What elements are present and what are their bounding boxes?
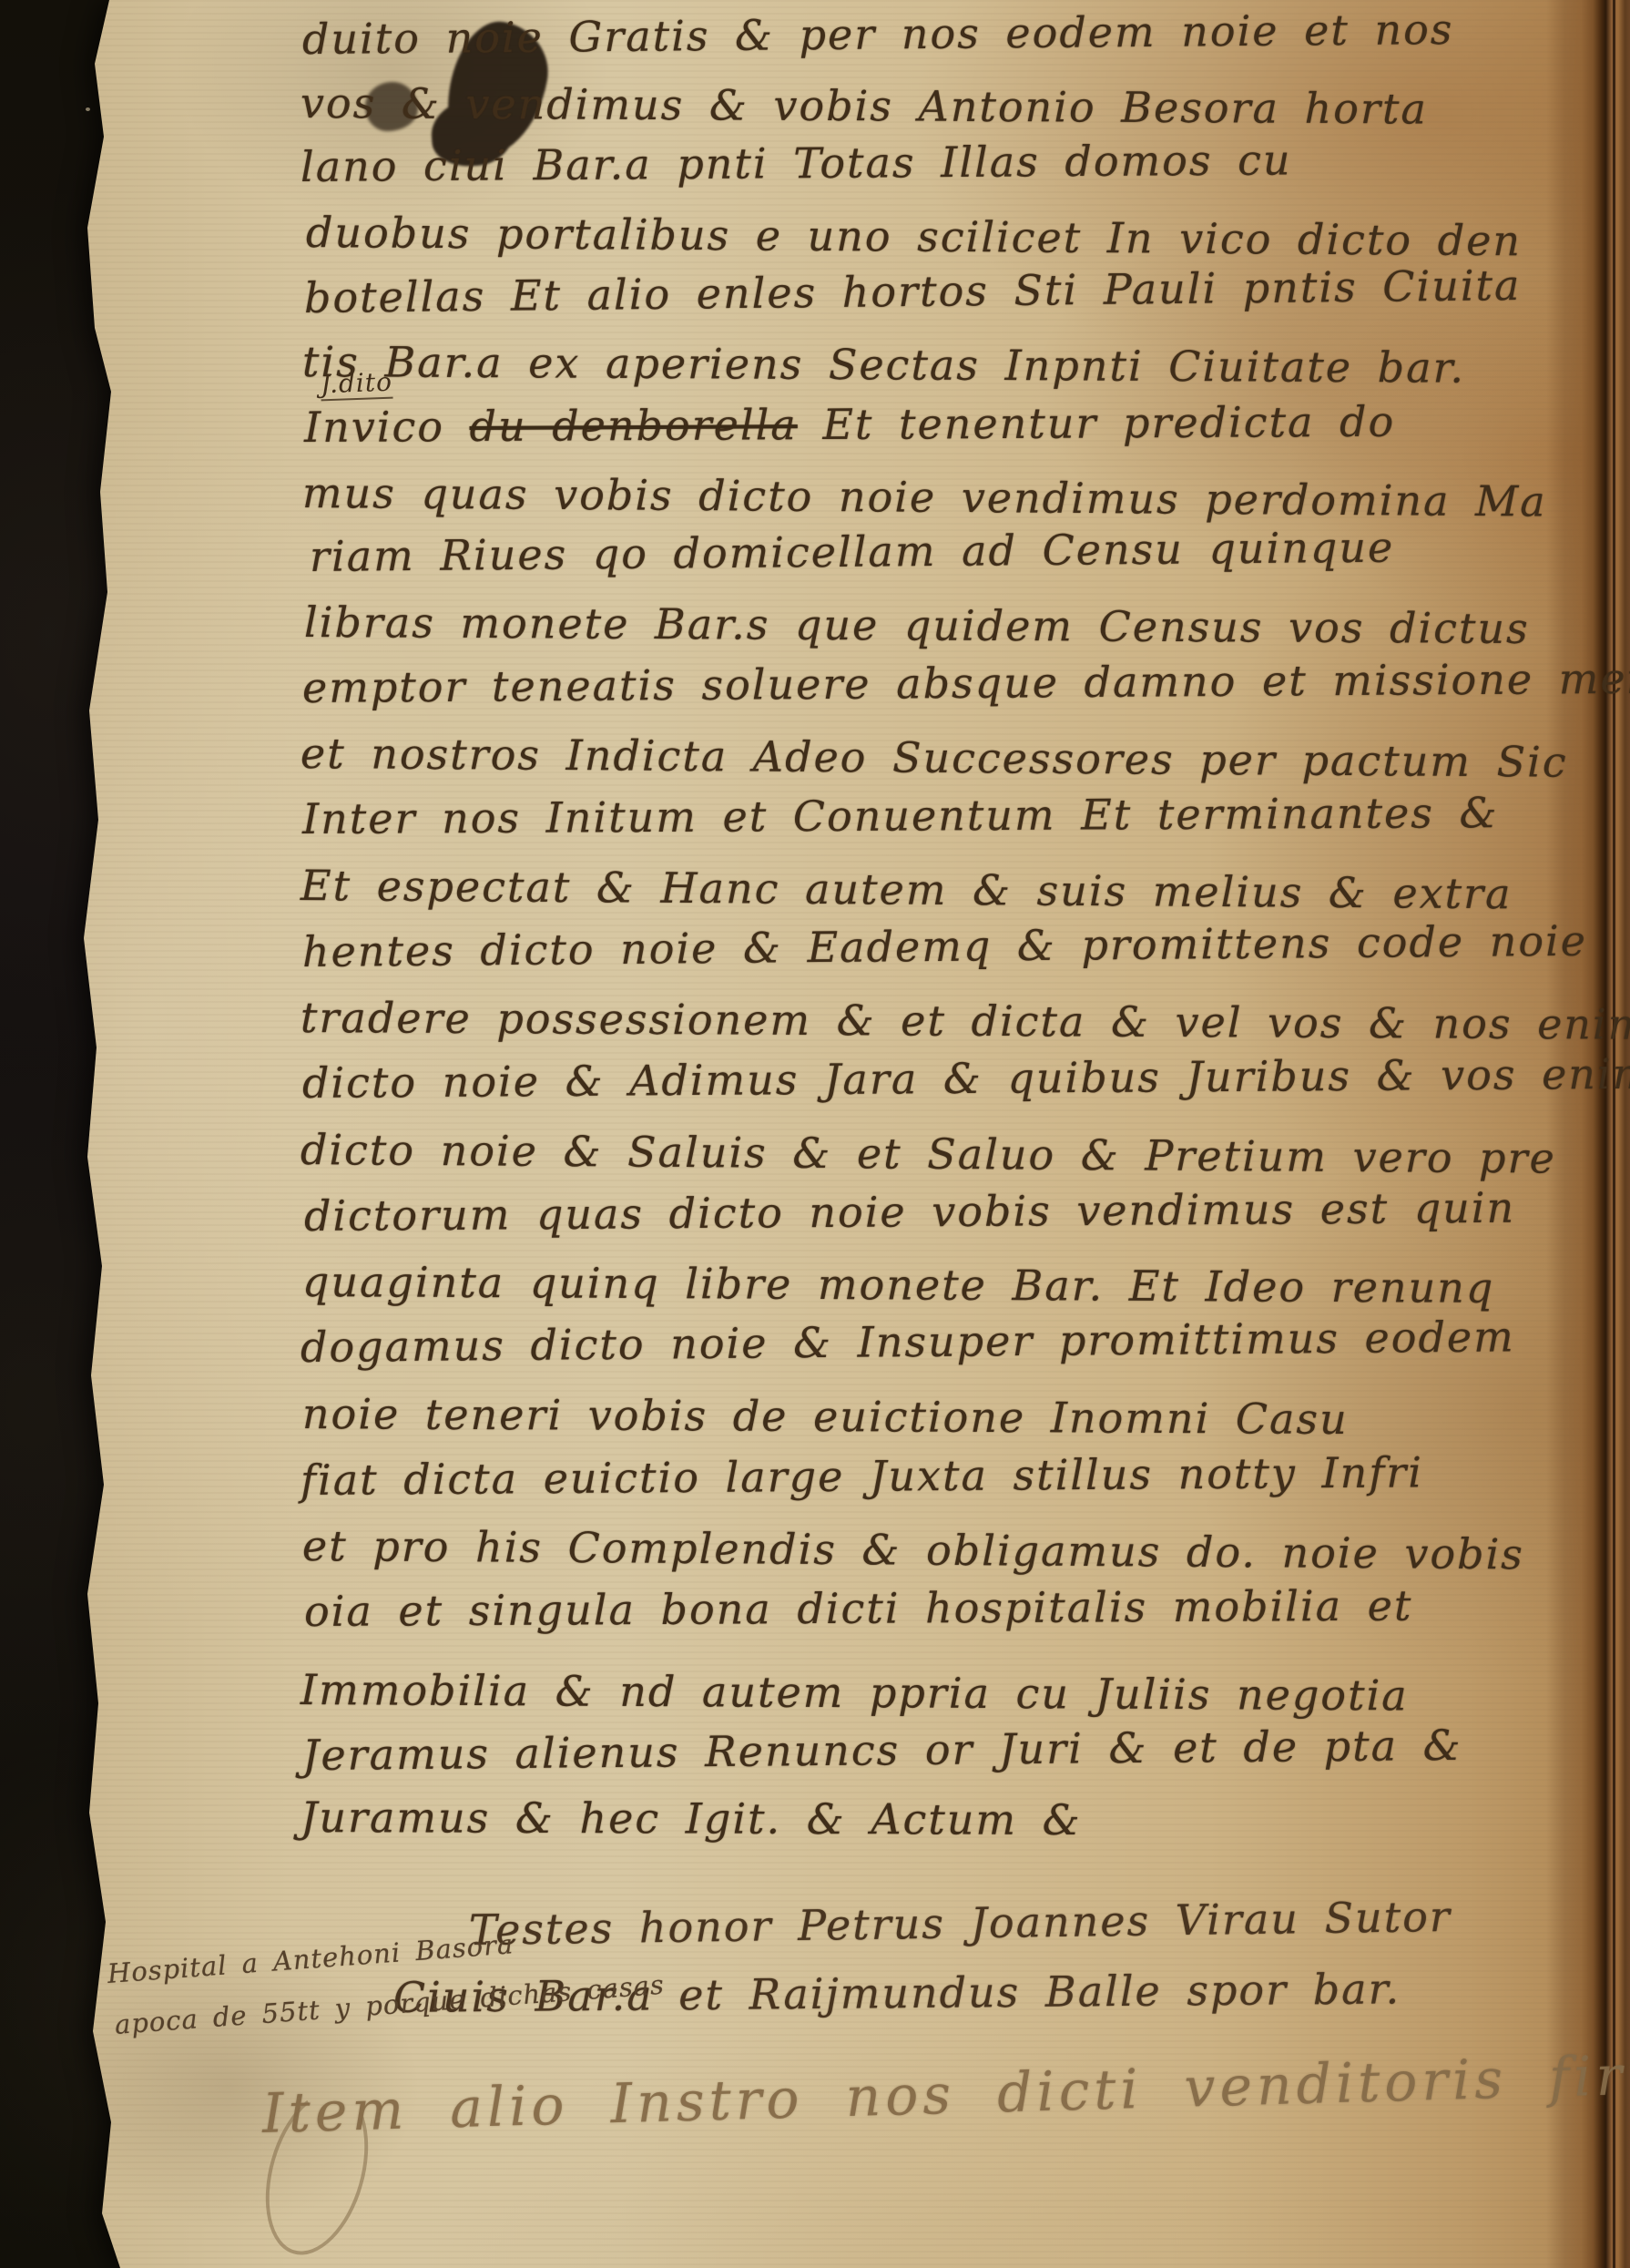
manuscript-line: Et espectat & Hanc autem & suis melius &… [301, 861, 1513, 918]
manuscript-line: Jeramus alienus Renuncs or Juri & et de … [302, 1721, 1462, 1780]
book-gutter [1546, 0, 1630, 2268]
manuscript-line: emptor teneatis soluere absque damno et … [302, 654, 1630, 712]
manuscript-page: duito noie Gratis & per nos eodem noie e… [0, 0, 1630, 2268]
struck-text: du denborella [469, 400, 797, 451]
manuscript-line: dicto noie & Saluis & et Saluo & Pretium… [301, 1125, 1556, 1183]
manuscript-line: botellas Et alio enles hortos Sti Pauli … [304, 261, 1522, 322]
manuscript-line: riam Riues qo domicellam ad Censu quinqu… [310, 523, 1395, 581]
manuscript-line: oia et singula bona dicti hospitalis mob… [304, 1581, 1413, 1636]
manuscript-line: et nostros Indicta Adeo Successores per … [301, 729, 1568, 787]
manuscript-line: fiat dicta euictio large Juxta stillus n… [301, 1447, 1423, 1505]
manuscript-line: libras monete Bar.s que quidem Census vo… [304, 598, 1530, 653]
manuscript-scan: { "page": { "background_color": "#120d0a… [0, 0, 1630, 2268]
manuscript-line: tis Bar.a ex aperiens Sectas Inpnti Ciui… [302, 337, 1465, 393]
manuscript-line: et pro his Complendis & obligamus do. no… [302, 1521, 1524, 1578]
manuscript-line: duito noie Gratis & per nos eodem noie e… [302, 5, 1454, 64]
manuscript-line: quaginta quinq libre monete Bar. Et Ideo… [302, 1257, 1495, 1313]
manuscript-line: Juramus & hec Igit. & Actum & [301, 1793, 1082, 1844]
manuscript-line: dicto noie & Adimus Jara & quibus Juribu… [302, 1049, 1630, 1108]
manuscript-line: hentes dicto noie & Eademq & promittens … [302, 916, 1587, 976]
paper-wrap: duito noie Gratis & per nos eodem noie e… [0, 0, 1630, 2268]
interlinear-insertion: J.dito [320, 367, 392, 402]
manuscript-line: dictorum quas dicto noie vobis vendimus … [304, 1183, 1516, 1241]
manuscript-line: Immobilia & nd autem ppria cu Juliis neg… [301, 1665, 1409, 1720]
manuscript-line: lano ciui Bar.a pnti Totas Illas domos c… [301, 135, 1292, 191]
manuscript-line: duobus portalibus e uno scilicet In vico… [306, 208, 1522, 265]
correction-post: Et tenentur predicta do [798, 397, 1396, 449]
manuscript-line: Inter nos Initum et Conuentum Et termina… [302, 788, 1499, 843]
gutter-shadow-line [1613, 0, 1615, 2268]
manuscript-line: mus quas vobis dicto noie vendimus perdo… [302, 468, 1547, 526]
manuscript-line-corrected: Invico du denborella Et tenentur predict… [304, 397, 1396, 452]
footer-line: Item alio Instro nos dicti venditoris fi… [261, 2039, 1630, 2146]
correction-pre: Invico [304, 402, 470, 452]
witness-line: Testes honor Petrus Joannes Virau Sutor [469, 1892, 1452, 1955]
manuscript-line: dogamus dicto noie & Insuper promittimus… [301, 1312, 1515, 1372]
manuscript-line: tradere possessionem & et dicta & vel vo… [301, 993, 1630, 1049]
manuscript-line: vos & vendimus & vobis Antonio Besora ho… [301, 78, 1428, 133]
manuscript-line: noie teneri vobis de euictione Inomni Ca… [302, 1389, 1349, 1444]
